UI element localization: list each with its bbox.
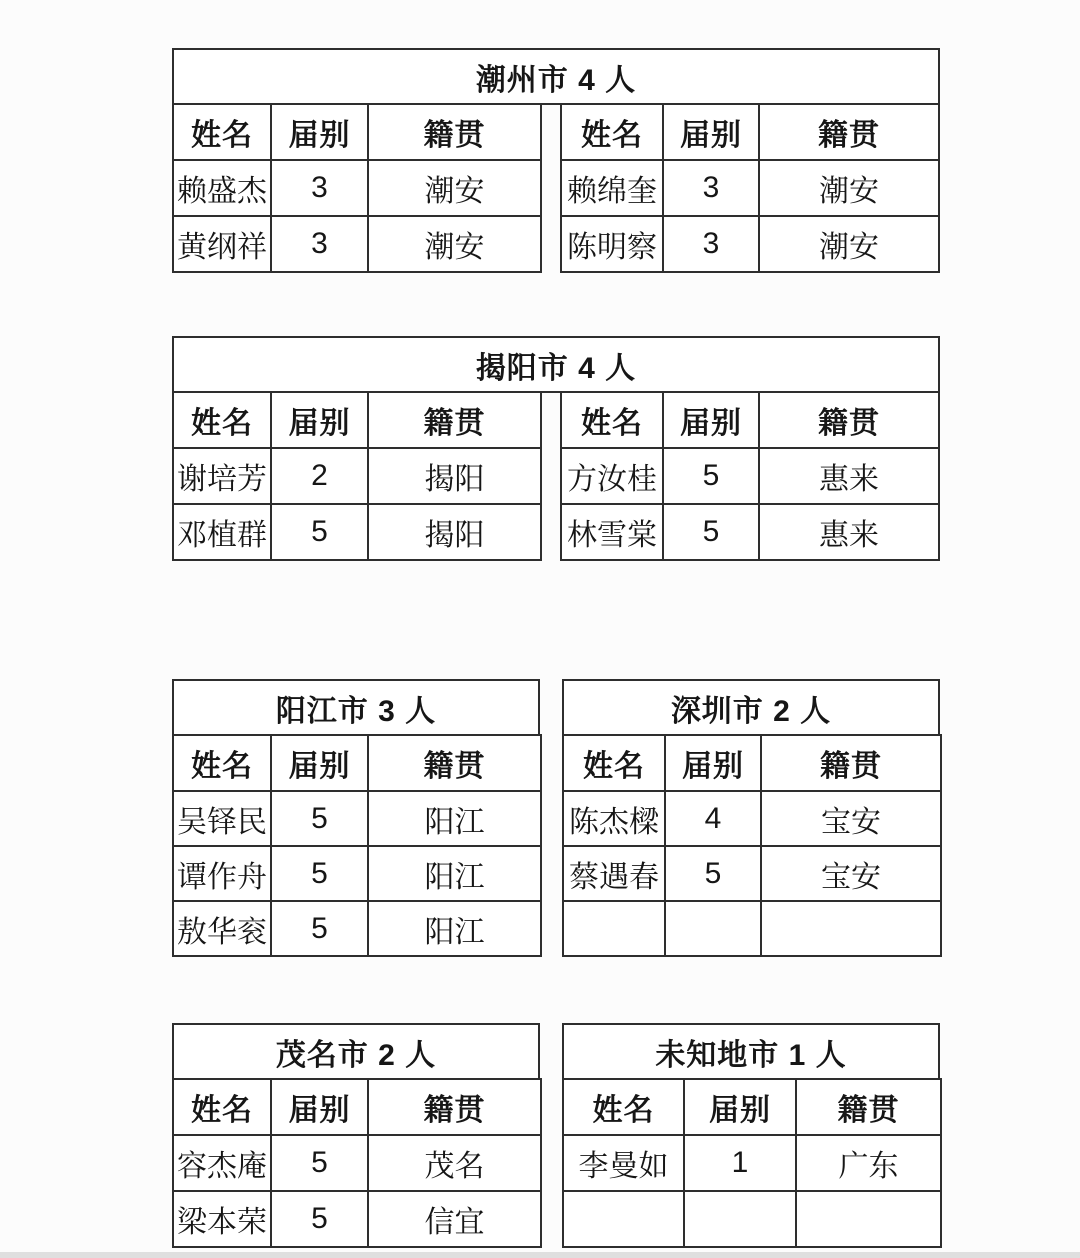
table-yangjiang: 阳江市 3 人 姓名届别籍贯 吴铎民5阳江谭作舟5阳江敖华衮5阳江 <box>172 679 540 957</box>
table-row: 李曼如1广东 <box>563 1135 941 1191</box>
column-header: 届别 <box>663 104 759 160</box>
table-row: 赖盛杰3潮安 <box>173 160 541 216</box>
table-row: 陈杰樑4宝安 <box>563 791 941 846</box>
table-cell: 宝安 <box>761 791 941 846</box>
column-header: 籍贯 <box>761 735 941 791</box>
header-row: 姓名届别籍贯 <box>173 1079 541 1135</box>
header-row: 姓名届别籍贯 <box>173 392 541 448</box>
header-row: 姓名届别籍贯 <box>563 735 941 791</box>
table-unknown-city: 未知地市 1 人 姓名届别籍贯 李曼如1广东 <box>562 1023 940 1248</box>
table-cell: 梁本荣 <box>173 1191 271 1247</box>
roster-table-right: 姓名届别籍贯 李曼如1广东 <box>562 1078 942 1248</box>
table-cell: 3 <box>663 160 759 216</box>
table-cell: 陈杰樑 <box>563 791 665 846</box>
section-title: 揭阳市 4 人 <box>172 336 940 393</box>
table-row: 邓植群5揭阳 <box>173 504 541 560</box>
table-cell: 3 <box>271 216 368 272</box>
table-cell: 潮安 <box>759 216 939 272</box>
table-cell: 惠来 <box>759 504 939 560</box>
table-cell: 信宜 <box>368 1191 541 1247</box>
table-cell: 潮安 <box>368 160 541 216</box>
column-header: 籍贯 <box>759 392 939 448</box>
table-row: 谭作舟5阳江 <box>173 846 541 901</box>
column-header: 籍贯 <box>368 104 541 160</box>
roster-table-right: 姓名届别籍贯 赖绵奎3潮安陈明察3潮安 <box>560 103 940 273</box>
table-cell: 容杰庵 <box>173 1135 271 1191</box>
section-title: 茂名市 2 人 <box>172 1023 540 1080</box>
table-cell: 惠来 <box>759 448 939 504</box>
section-tables: 茂名市 2 人 姓名届别籍贯 容杰庵5茂名梁本荣5信宜 未知地市 1 人 姓名届… <box>172 1023 940 1248</box>
table-cell: 3 <box>271 160 368 216</box>
section-maoming-unknown: 茂名市 2 人 姓名届别籍贯 容杰庵5茂名梁本荣5信宜 未知地市 1 人 姓名届… <box>172 1023 940 1248</box>
table-cell: 5 <box>271 901 368 956</box>
table-cell: 5 <box>663 504 759 560</box>
table-cell: 揭阳 <box>368 504 541 560</box>
table-cell: 5 <box>271 791 368 846</box>
table-row: 敖华衮5阳江 <box>173 901 541 956</box>
table-row: 吴铎民5阳江 <box>173 791 541 846</box>
table-cell: 揭阳 <box>368 448 541 504</box>
column-header: 籍贯 <box>368 392 541 448</box>
column-header: 届别 <box>271 104 368 160</box>
roster-table-left: 姓名届别籍贯 赖盛杰3潮安黄纲祥3潮安 <box>172 103 542 273</box>
table-cell <box>684 1191 796 1247</box>
table-cell: 蔡遇春 <box>563 846 665 901</box>
column-header: 籍贯 <box>368 1079 541 1135</box>
header-row: 姓名届别籍贯 <box>173 104 541 160</box>
column-header: 届别 <box>271 1079 368 1135</box>
photo-edge-shadow <box>0 1252 1080 1258</box>
section-tables: 阳江市 3 人 姓名届别籍贯 吴铎民5阳江谭作舟5阳江敖华衮5阳江 深圳市 2 … <box>172 679 940 957</box>
column-header: 籍贯 <box>759 104 939 160</box>
table-row <box>563 1191 941 1247</box>
section-chaozhou: 潮州市 4 人 姓名届别籍贯 赖盛杰3潮安黄纲祥3潮安 姓名届别籍贯 赖绵奎3潮… <box>172 48 940 273</box>
table-maoming: 茂名市 2 人 姓名届别籍贯 容杰庵5茂名梁本荣5信宜 <box>172 1023 540 1248</box>
roster-table-left: 姓名届别籍贯 谢培芳2揭阳邓植群5揭阳 <box>172 391 542 561</box>
table-cell: 5 <box>271 1135 368 1191</box>
table-cell: 谭作舟 <box>173 846 271 901</box>
table-cell: 吴铎民 <box>173 791 271 846</box>
table-row: 赖绵奎3潮安 <box>561 160 939 216</box>
table-cell <box>665 901 761 956</box>
table-row: 黄纲祥3潮安 <box>173 216 541 272</box>
table-cell: 陈明察 <box>561 216 663 272</box>
table-cell: 广东 <box>796 1135 941 1191</box>
table-cell <box>796 1191 941 1247</box>
column-header: 姓名 <box>561 104 663 160</box>
column-header: 姓名 <box>173 735 271 791</box>
table-cell: 茂名 <box>368 1135 541 1191</box>
section-title: 深圳市 2 人 <box>562 679 940 736</box>
table-row: 梁本荣5信宜 <box>173 1191 541 1247</box>
table-cell: 李曼如 <box>563 1135 684 1191</box>
table-cell: 阳江 <box>368 846 541 901</box>
table-cell: 5 <box>271 1191 368 1247</box>
column-header: 届别 <box>684 1079 796 1135</box>
section-tables: 姓名届别籍贯 赖盛杰3潮安黄纲祥3潮安 姓名届别籍贯 赖绵奎3潮安陈明察3潮安 <box>172 103 940 273</box>
column-header: 姓名 <box>173 1079 271 1135</box>
header-row: 姓名届别籍贯 <box>173 735 541 791</box>
table-row: 林雪棠5惠来 <box>561 504 939 560</box>
column-header: 姓名 <box>563 1079 684 1135</box>
table-shenzhen: 深圳市 2 人 姓名届别籍贯 陈杰樑4宝安蔡遇春5宝安 <box>562 679 940 957</box>
roster-table-left: 姓名届别籍贯 吴铎民5阳江谭作舟5阳江敖华衮5阳江 <box>172 734 542 957</box>
column-header: 届别 <box>271 392 368 448</box>
table-cell: 林雪棠 <box>561 504 663 560</box>
column-header: 届别 <box>271 735 368 791</box>
table-cell <box>563 901 665 956</box>
table-cell: 黄纲祥 <box>173 216 271 272</box>
section-title: 未知地市 1 人 <box>562 1023 940 1080</box>
table-cell: 潮安 <box>759 160 939 216</box>
column-header: 姓名 <box>173 104 271 160</box>
roster-table-right: 姓名届别籍贯 方汝桂5惠来林雪棠5惠来 <box>560 391 940 561</box>
table-cell: 5 <box>663 448 759 504</box>
table-row: 方汝桂5惠来 <box>561 448 939 504</box>
document-page: 潮州市 4 人 姓名届别籍贯 赖盛杰3潮安黄纲祥3潮安 姓名届别籍贯 赖绵奎3潮… <box>0 0 1080 1258</box>
table-cell: 宝安 <box>761 846 941 901</box>
table-cell <box>563 1191 684 1247</box>
table-cell <box>761 901 941 956</box>
roster-table-left: 姓名届别籍贯 容杰庵5茂名梁本荣5信宜 <box>172 1078 542 1248</box>
column-header: 籍贯 <box>796 1079 941 1135</box>
table-cell: 邓植群 <box>173 504 271 560</box>
table-row: 蔡遇春5宝安 <box>563 846 941 901</box>
table-cell: 2 <box>271 448 368 504</box>
section-yangjiang-shenzhen: 阳江市 3 人 姓名届别籍贯 吴铎民5阳江谭作舟5阳江敖华衮5阳江 深圳市 2 … <box>172 679 940 957</box>
table-cell: 方汝桂 <box>561 448 663 504</box>
header-row: 姓名届别籍贯 <box>561 104 939 160</box>
table-row: 陈明察3潮安 <box>561 216 939 272</box>
column-header: 姓名 <box>561 392 663 448</box>
table-row <box>563 901 941 956</box>
section-jieyang: 揭阳市 4 人 姓名届别籍贯 谢培芳2揭阳邓植群5揭阳 姓名届别籍贯 方汝桂5惠… <box>172 336 940 561</box>
table-cell: 阳江 <box>368 791 541 846</box>
header-row: 姓名届别籍贯 <box>561 392 939 448</box>
section-title: 潮州市 4 人 <box>172 48 940 105</box>
column-header: 届别 <box>665 735 761 791</box>
table-cell: 5 <box>665 846 761 901</box>
table-cell: 3 <box>663 216 759 272</box>
header-row: 姓名届别籍贯 <box>563 1079 941 1135</box>
column-header: 届别 <box>663 392 759 448</box>
table-cell: 5 <box>271 504 368 560</box>
table-cell: 阳江 <box>368 901 541 956</box>
table-cell: 赖绵奎 <box>561 160 663 216</box>
table-cell: 4 <box>665 791 761 846</box>
section-tables: 姓名届别籍贯 谢培芳2揭阳邓植群5揭阳 姓名届别籍贯 方汝桂5惠来林雪棠5惠来 <box>172 391 940 561</box>
column-header: 姓名 <box>563 735 665 791</box>
table-cell: 1 <box>684 1135 796 1191</box>
table-cell: 潮安 <box>368 216 541 272</box>
table-cell: 敖华衮 <box>173 901 271 956</box>
column-header: 籍贯 <box>368 735 541 791</box>
roster-table-right: 姓名届别籍贯 陈杰樑4宝安蔡遇春5宝安 <box>562 734 942 957</box>
section-title: 阳江市 3 人 <box>172 679 540 736</box>
table-row: 谢培芳2揭阳 <box>173 448 541 504</box>
column-header: 姓名 <box>173 392 271 448</box>
table-cell: 谢培芳 <box>173 448 271 504</box>
table-row: 容杰庵5茂名 <box>173 1135 541 1191</box>
table-cell: 5 <box>271 846 368 901</box>
table-cell: 赖盛杰 <box>173 160 271 216</box>
